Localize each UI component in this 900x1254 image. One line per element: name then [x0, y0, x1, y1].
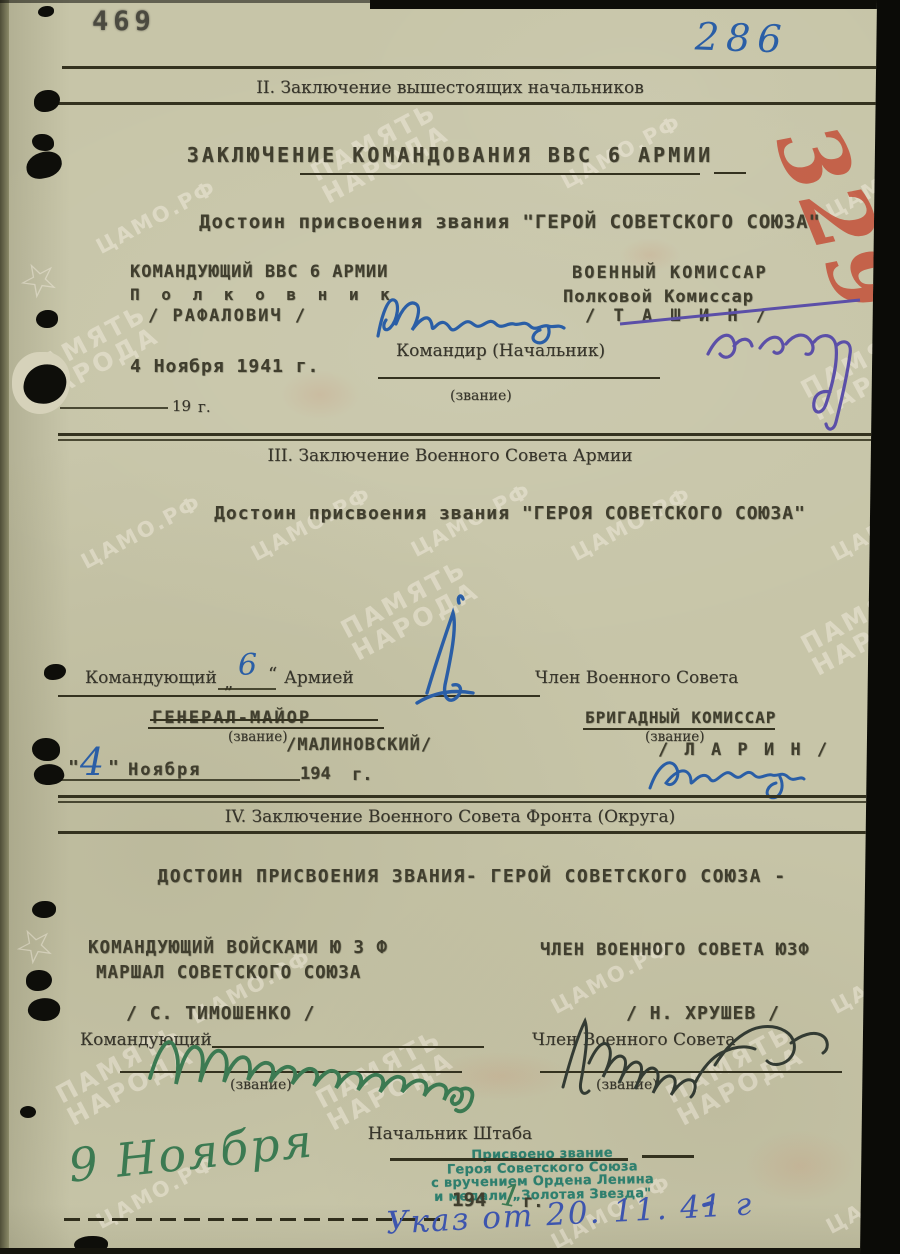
punch-hole — [32, 901, 56, 918]
divider-rule — [58, 801, 882, 803]
signature-malinovsky — [393, 593, 503, 718]
section2-left-role: КОМАНДУЮЩИЙ ВВС 6 АРМИИ — [130, 262, 388, 282]
signature-tashin — [612, 292, 877, 442]
section4-header: IV. Заключение Военного Совета Фронта (О… — [0, 807, 900, 827]
punch-hole — [38, 6, 54, 17]
year-suffix: г. — [198, 398, 211, 416]
section2-date: 4 Ноября 1941 г. — [130, 356, 319, 377]
divider-rule — [62, 66, 880, 69]
rank-form-label: (звание) — [450, 388, 512, 404]
watermark-star-icon: ☆ — [4, 911, 66, 978]
punch-hole — [27, 996, 61, 1022]
punch-hole — [32, 134, 54, 151]
section2-left-rank: П о л к о в н и к — [130, 285, 396, 304]
date-line — [55, 779, 300, 781]
quote-close: “ — [268, 664, 277, 685]
day-quote-close: " — [108, 757, 119, 778]
signature-larin — [640, 733, 815, 818]
section3-month: Ноября — [128, 760, 201, 780]
section4-verdict: ДОСТОИН ПРИСВОЕНИЯ ЗВАНИЯ- ГЕРОЙ СОВЕТСК… — [60, 866, 884, 887]
army-number-handwritten: 6 — [238, 648, 257, 683]
paper-sheet: ЦАМО.РФ ЦАМО.РФ ЦАМО.РФ ЦАМО.РФ ЦАМО.РФ … — [0, 0, 900, 1254]
section2-title: ЗАКЛЮЧЕНИЕ КОМАНДОВАНИЯ ВВС 6 АРМИИ — [0, 143, 900, 167]
section3-member-label: Член Военного Совета — [535, 668, 738, 688]
scan-edge-bottom — [0, 1248, 900, 1254]
scan-edge-left — [0, 0, 9, 1254]
year-line — [60, 407, 168, 409]
signature-line — [390, 1158, 628, 1161]
punch-hole — [44, 664, 66, 680]
punch-hole — [34, 90, 60, 112]
sheet-number-handwritten: 286 — [694, 14, 789, 61]
watermark-camo: ЦАМО.РФ — [827, 482, 900, 565]
divider-rule — [58, 102, 882, 105]
divider-rule — [58, 831, 882, 834]
punch-hole — [32, 762, 65, 788]
watermark-memory: ПАМЯТЬ НАРОДА — [796, 570, 900, 680]
punch-hole — [26, 970, 52, 991]
quote-open: „ — [224, 672, 233, 693]
section3-right-rank: БРИГАДНЫЙ КОМИССАР — [585, 708, 776, 727]
section4-right-role: ЧЛЕН ВОЕННОГО СОВЕТА ЮЗФ — [540, 940, 810, 960]
signature-khrushchev — [545, 1003, 840, 1108]
signature-timoshenko — [138, 1016, 498, 1116]
year-prefix: 19 — [172, 397, 191, 415]
rank-form-label: (звание) — [228, 729, 288, 745]
document-scan: ЦАМО.РФ ЦАМО.РФ ЦАМО.РФ ЦАМО.РФ ЦАМО.РФ … — [0, 0, 900, 1254]
title-underline — [300, 173, 700, 175]
watermark-camo: ЦАМО.РФ — [247, 482, 375, 565]
signature-line — [642, 1155, 694, 1158]
section2-verdict: Достоин присвоения звания "ГЕРОЙ СОВЕТСК… — [120, 211, 900, 233]
section3-year-suffix: г. — [352, 765, 372, 785]
section3-header: III. Заключение Военного Совета Армии — [0, 446, 900, 466]
day-quote-open: " — [68, 757, 79, 778]
watermark-star-icon: ☆ — [8, 245, 70, 312]
army-number-line — [218, 688, 276, 690]
army-word: Армией — [284, 668, 354, 688]
section4-left-role1: КОМАНДУЮЩИЙ ВОЙСКАМИ Ю З Ф — [88, 938, 388, 958]
day-number-handwritten: 4 — [80, 740, 104, 784]
section3-commander-label: Командующий — [85, 668, 217, 688]
divider-rule — [58, 795, 882, 798]
signature-rafalovich — [372, 284, 572, 354]
section3-left-rank: ГЕНЕРАЛ-МАЙОР — [152, 708, 311, 728]
section2-header: II. Заключение вышестоящих начальников — [0, 78, 900, 98]
section3-left-name: /МАЛИНОВСКИЙ/ — [286, 735, 432, 755]
watermark-camo: ЦАМО.РФ — [567, 482, 695, 565]
title-underline — [714, 172, 746, 174]
section3-verdict: Достоин присвоения звания "ГЕРОЯ СОВЕТСК… — [120, 503, 900, 524]
punch-hole — [36, 310, 58, 328]
section2-right-role: ВОЕННЫЙ КОМИССАР — [572, 263, 768, 283]
section4-left-role2: МАРШАЛ СОВЕТСКОГО СОЮЗА — [96, 963, 361, 983]
divider-rule — [58, 439, 882, 441]
section3-year-prefix: 194 — [300, 764, 331, 784]
punch-hole — [20, 1106, 36, 1118]
divider-rule — [58, 433, 882, 436]
punch-hole — [32, 738, 60, 761]
rank-strikethrough — [150, 719, 378, 721]
archive-number-stamp: 469 — [92, 6, 156, 37]
section2-left-name: / РАФАЛОВИЧ / — [148, 306, 307, 326]
paper-stain — [280, 370, 360, 420]
scan-edge-top-band — [370, 0, 900, 9]
